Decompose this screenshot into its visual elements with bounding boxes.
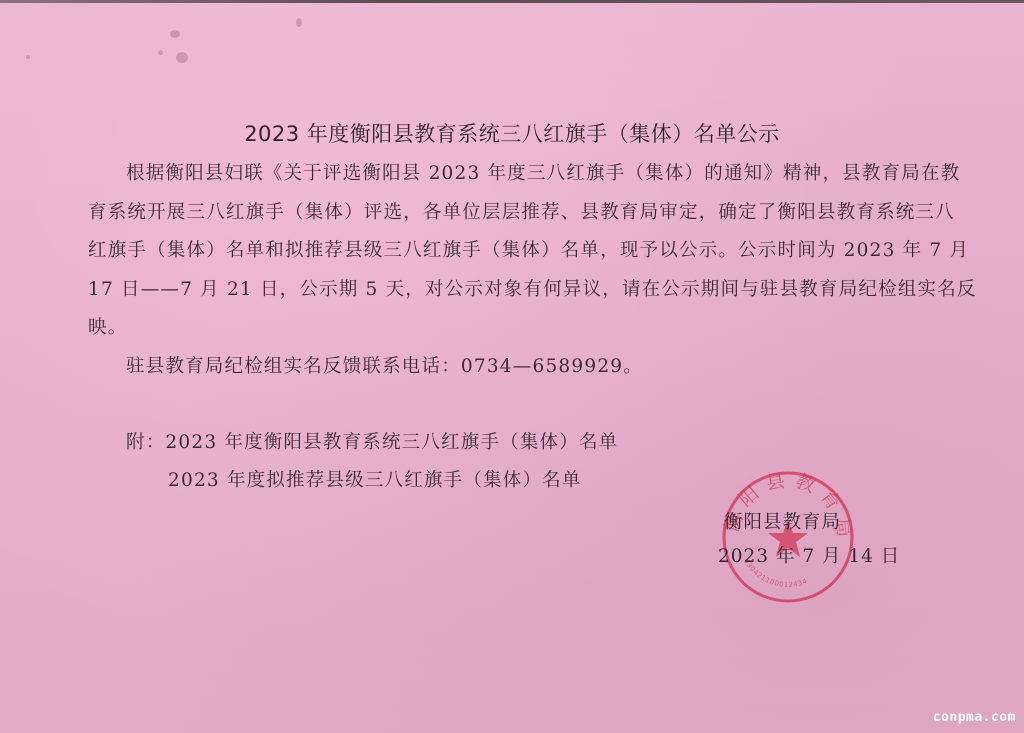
attachment-item-1: 附：2023 年度衡阳县教育系统三八红旗手（集体）名单: [126, 428, 618, 454]
signing-organization: 衡阳县教育局: [724, 508, 841, 534]
paper-speck: [170, 30, 180, 38]
paper-speck: [176, 52, 188, 63]
attachment-item-2: 2023 年度拟推荐县级三八红旗手（集体）名单: [168, 466, 582, 492]
paper-top-edge: [0, 0, 1024, 3]
announcement-paragraph: 根据衡阳县妇联《关于评选衡阳县 2023 年度三八红旗手（集体）的通知》精神，县…: [88, 155, 948, 348]
paragraph-line: 17 日——7 月 21 日，公示期 5 天，对公示对象有何异议，请在公示期间与…: [88, 271, 948, 310]
document-title: 2023 年度衡阳县教育系统三八红旗手（集体）名单公示: [0, 118, 1024, 148]
paper-speck: [158, 50, 163, 55]
paragraph-line: 映。: [88, 309, 948, 348]
paragraph-line: 根据衡阳县妇联《关于评选衡阳县 2023 年度三八红旗手（集体）的通知》精神，县…: [88, 155, 948, 194]
paper-speck: [26, 55, 30, 59]
signing-date: 2023 年 7 月 14 日: [718, 542, 900, 568]
official-seal: 衡阳县教育局 430421100012434: [718, 467, 858, 607]
paragraph-line: 红旗手（集体）名单和拟推荐县级三八红旗手（集体）名单，现予以公示。公示时间为 2…: [88, 232, 948, 271]
paper-speck: [296, 18, 302, 27]
site-watermark: conpma.com: [933, 710, 1016, 725]
attachment-text: 2023 年度衡阳县教育系统三八红旗手（集体）名单: [165, 432, 618, 453]
paragraph-line: 育系统开展三八红旗手（集体）评选，各单位层层推荐、县教育局审定，确定了衡阳县教育…: [88, 194, 948, 233]
attachment-label: 附：: [126, 432, 165, 453]
document-page: 2023 年度衡阳县教育系统三八红旗手（集体）名单公示 根据衡阳县妇联《关于评选…: [0, 0, 1024, 733]
contact-phone-line: 驻县教育局纪检组实名反馈联系电话：0734—6589929。: [126, 352, 643, 378]
